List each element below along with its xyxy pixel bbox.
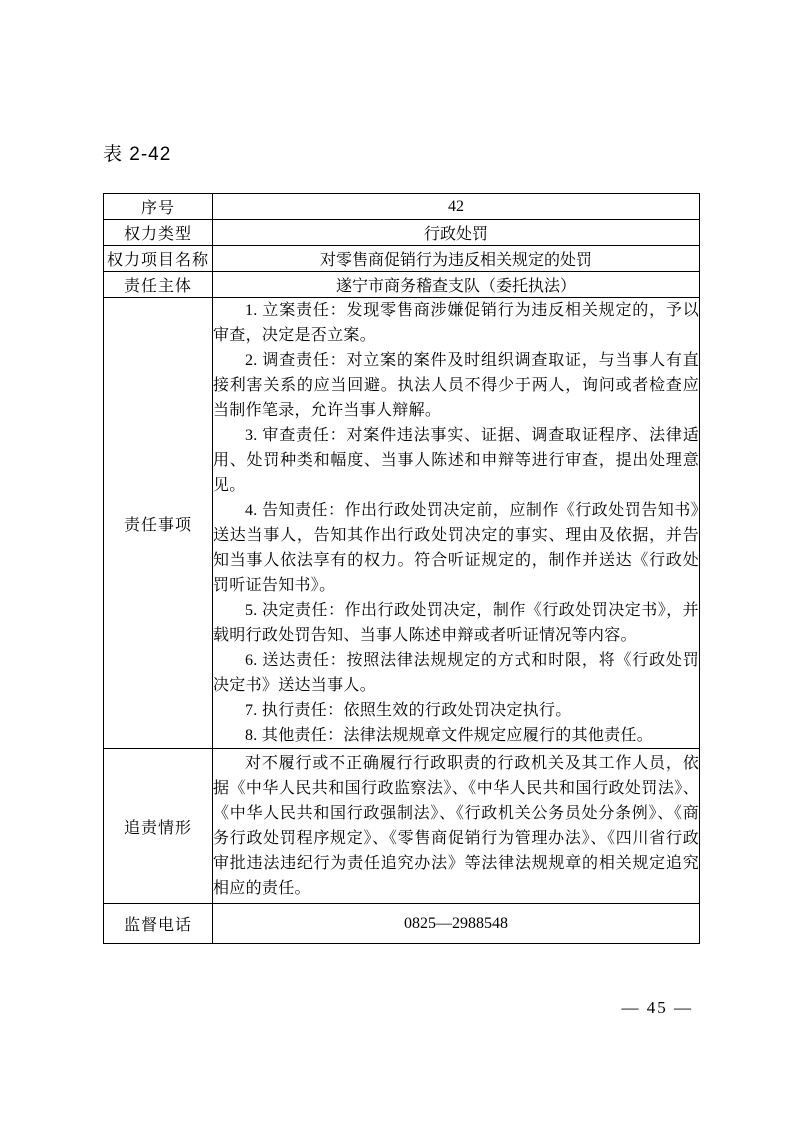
- supervision-phone-number: 0825—2988548: [213, 904, 700, 944]
- row-label-accountability: 追责情形: [104, 749, 213, 904]
- duty-item-1: 1. 立案责任：发现零售商涉嫌促销行为违反相关规定的，予以审查，决定是否立案。: [213, 298, 699, 348]
- table-row-serial: 序号 42: [104, 194, 700, 220]
- row-label-responsible-body: 责任主体: [104, 272, 213, 298]
- row-label-power-type: 权力类型: [104, 220, 213, 246]
- table-row-duty-items: 责任事项 1. 立案责任：发现零售商涉嫌促销行为违反相关规定的，予以审查，决定是…: [104, 298, 700, 749]
- table-row-responsible-body: 责任主体 遂宁市商务稽查支队（委托执法）: [104, 272, 700, 298]
- duty-item-6: 6. 送达责任：按照法律法规规定的方式和时限，将《行政处罚决定书》送达当事人。: [213, 648, 699, 698]
- table-row-power-item-name: 权力项目名称 对零售商促销行为违反相关规定的处罚: [104, 246, 700, 272]
- row-value-power-item-name: 对零售商促销行为违反相关规定的处罚: [213, 246, 700, 272]
- row-value-power-type: 行政处罚: [213, 220, 700, 246]
- row-value-responsible-body: 遂宁市商务稽查支队（委托执法）: [213, 272, 700, 298]
- table-caption: 表 2-42: [103, 139, 171, 166]
- document-page: 表 2-42 序号 42 权力类型 行政处罚 权力项目名称 对零售商促销行为违反…: [0, 0, 793, 1122]
- duty-items-cell: 1. 立案责任：发现零售商涉嫌促销行为违反相关规定的，予以审查，决定是否立案。 …: [213, 298, 700, 749]
- duty-item-2: 2. 调查责任：对立案的案件及时组织调查取证，与当事人有直接利害关系的应当回避。…: [213, 348, 699, 423]
- accountability-cell: 对不履行或不正确履行行政职责的行政机关及其工作人员，依据《中华人民共和国行政监察…: [213, 749, 700, 904]
- page-number: — 45 —: [622, 998, 694, 1018]
- duty-item-3: 3. 审查责任：对案件违法事实、证据、调查取证程序、法律适用、处罚种类和幅度、当…: [213, 423, 699, 498]
- duty-item-8: 8. 其他责任：法律法规规章文件规定应履行的其他责任。: [213, 723, 699, 748]
- row-value-serial: 42: [213, 194, 700, 220]
- table-row-power-type: 权力类型 行政处罚: [104, 220, 700, 246]
- row-label-serial: 序号: [104, 194, 213, 220]
- accountability-text: 对不履行或不正确履行行政职责的行政机关及其工作人员，依据《中华人民共和国行政监察…: [213, 751, 699, 901]
- duty-item-4: 4. 告知责任：作出行政处罚决定前，应制作《行政处罚告知书》送达当事人，告知其作…: [213, 498, 699, 598]
- responsibility-table: 序号 42 权力类型 行政处罚 权力项目名称 对零售商促销行为违反相关规定的处罚…: [103, 193, 700, 944]
- duty-item-5: 5. 决定责任：作出行政处罚决定，制作《行政处罚决定书》，并载明行政处罚告知、当…: [213, 598, 699, 648]
- table-row-supervision-phone: 监督电话 0825—2988548: [104, 904, 700, 944]
- row-label-supervision-phone: 监督电话: [104, 904, 213, 944]
- table-row-accountability: 追责情形 对不履行或不正确履行行政职责的行政机关及其工作人员，依据《中华人民共和…: [104, 749, 700, 904]
- duty-item-7: 7. 执行责任：依照生效的行政处罚决定执行。: [213, 698, 699, 723]
- row-label-duty-items: 责任事项: [104, 298, 213, 749]
- row-label-power-item-name: 权力项目名称: [104, 246, 213, 272]
